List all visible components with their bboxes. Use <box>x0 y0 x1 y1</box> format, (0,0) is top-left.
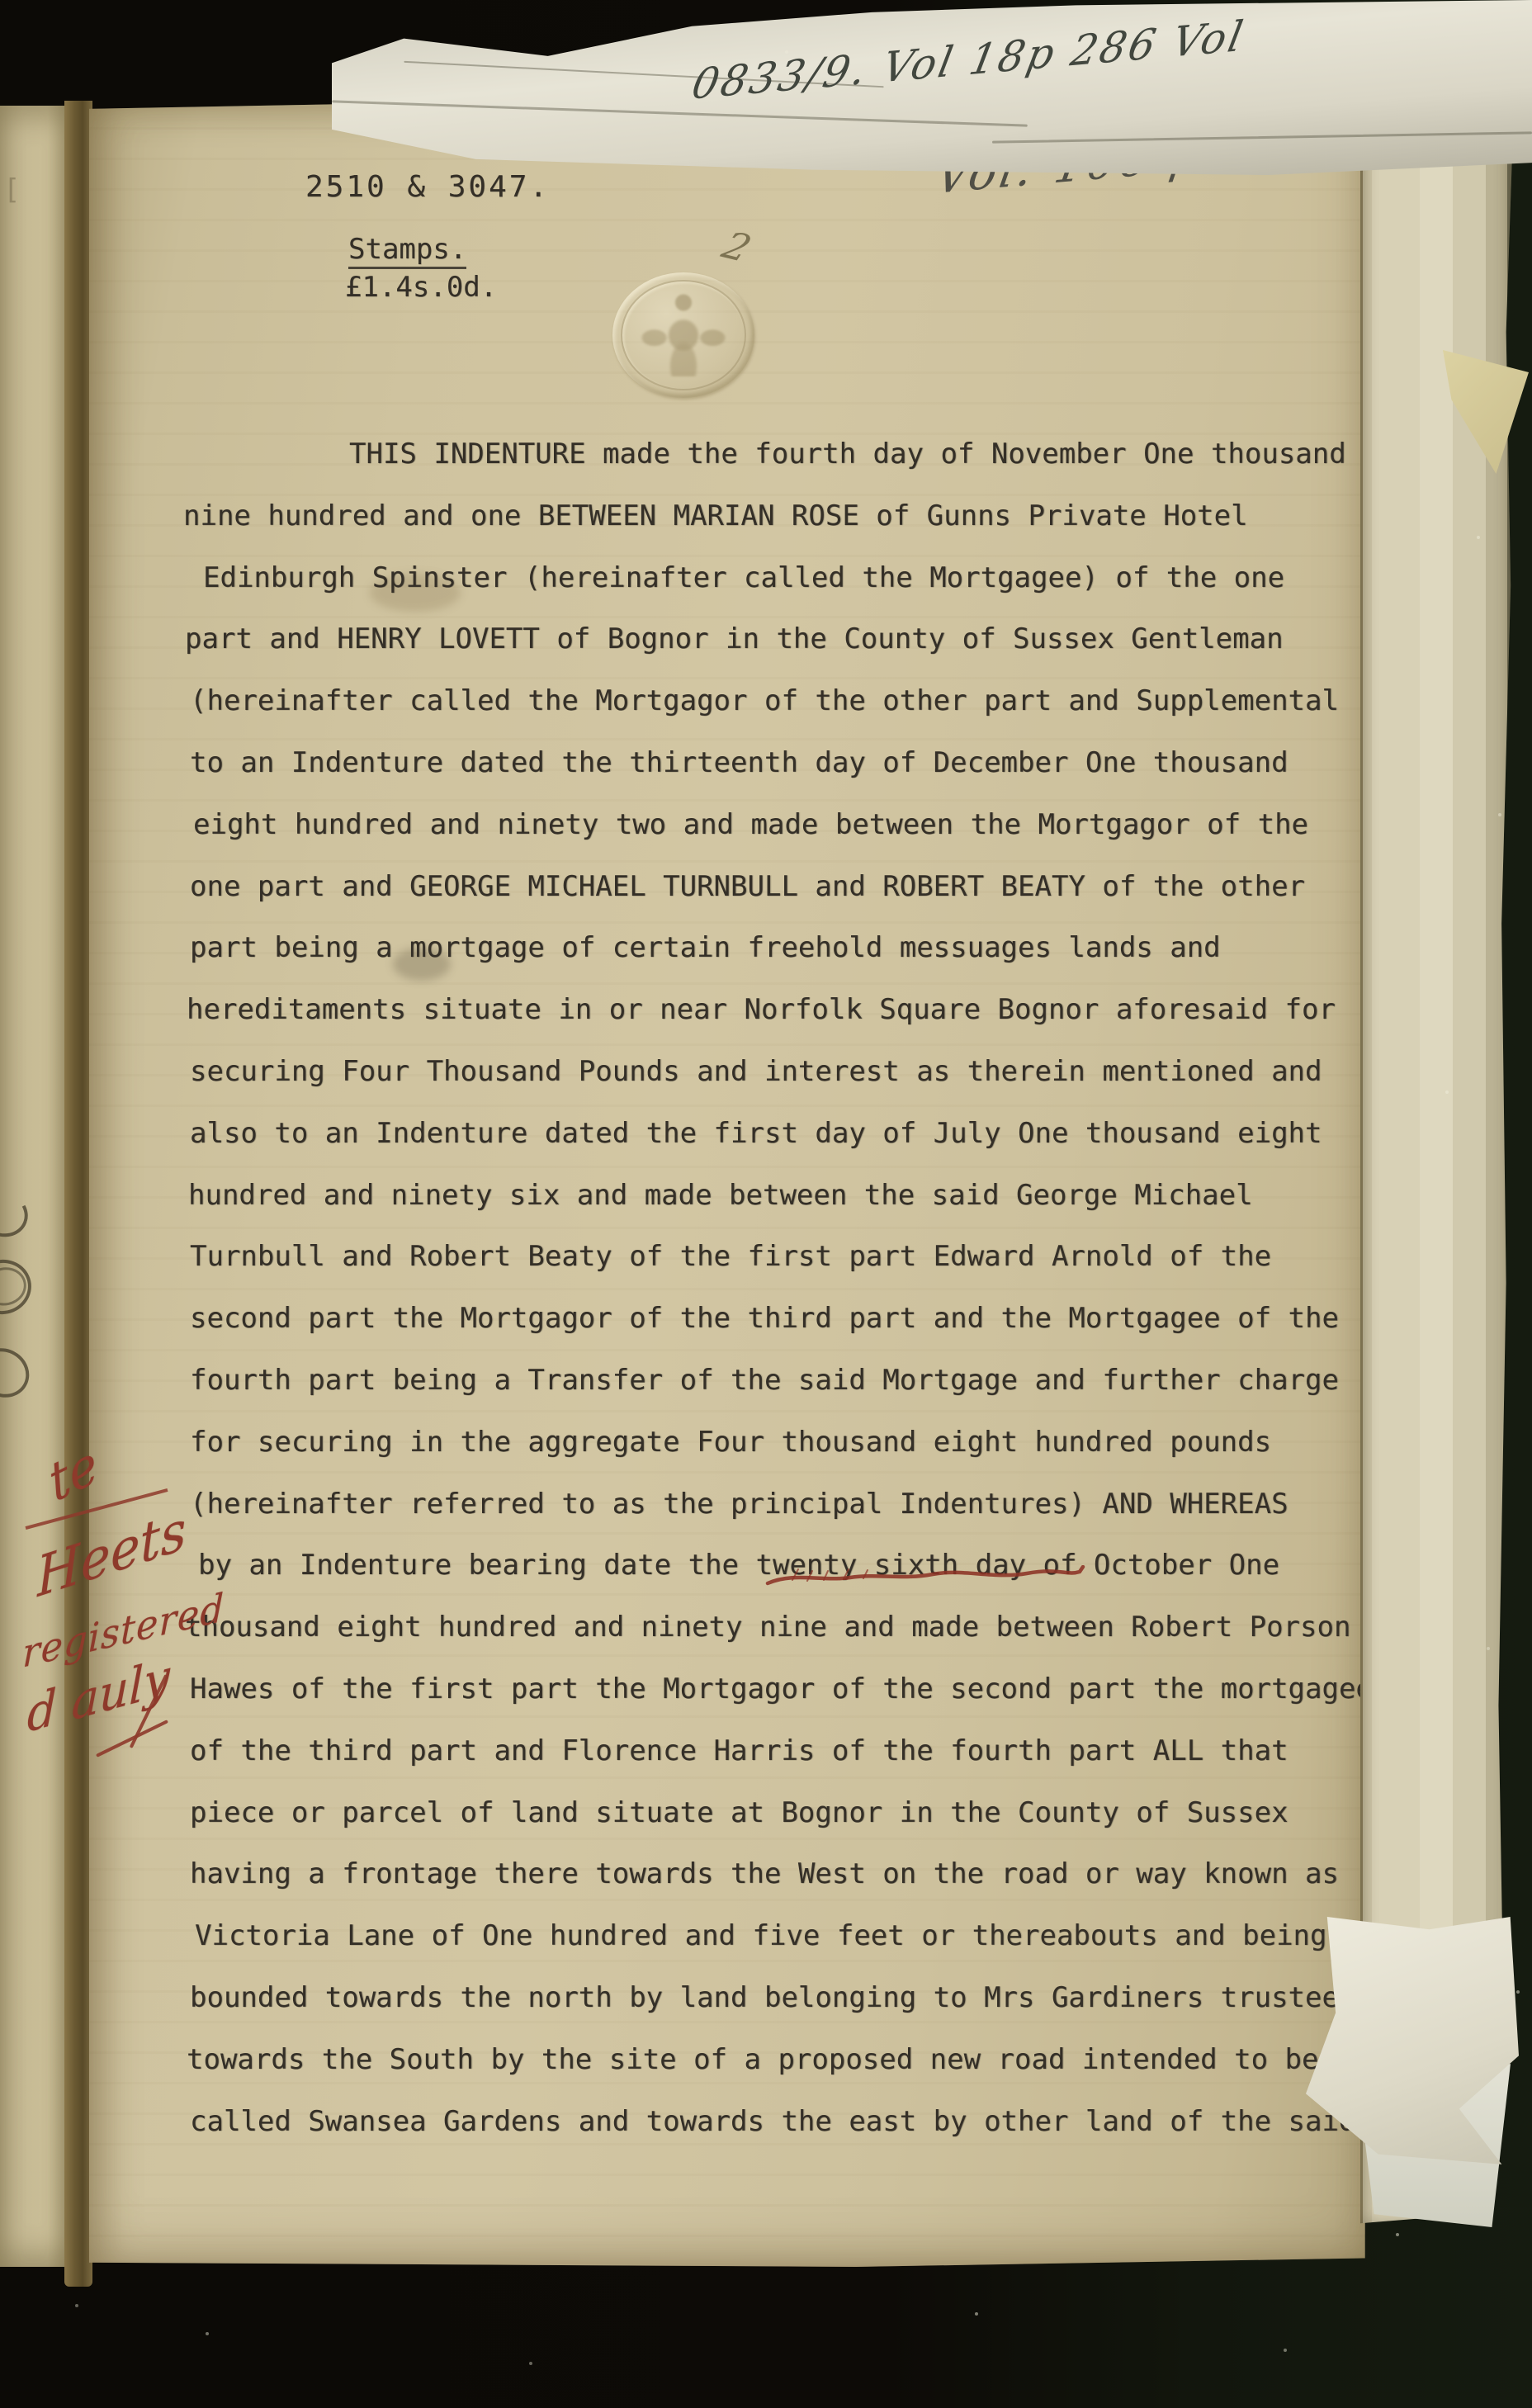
stamps-value: £1.4s.0d. <box>345 271 497 304</box>
pen-doodle-circle <box>0 1339 38 1407</box>
typed-line: of the third part and Florence Harris of… <box>190 1720 1395 1782</box>
typed-line: fourth part being a Transfer of the said… <box>190 1350 1395 1412</box>
typed-line: Edinburgh Spinster (hereinafter called t… <box>203 547 1395 609</box>
typed-line: (hereinafter referred to as the principa… <box>190 1474 1395 1535</box>
typed-line: one part and GEORGE MICHAEL TURNBULL and… <box>190 856 1395 918</box>
typed-line: towards the South by the site of a propo… <box>187 2029 1395 2091</box>
paper-crease <box>992 132 1532 144</box>
typed-line: thousand eight hundred and ninety nine a… <box>185 1597 1395 1658</box>
archival-reference-note: 0833/9. Vol 18p 286 Vol <box>688 12 1250 109</box>
stamps-label: Stamps. <box>348 233 466 269</box>
typed-line: THIS INDENTURE made the fourth day of No… <box>190 423 1395 485</box>
typed-line: second part the Mortgagor of the third p… <box>190 1288 1395 1350</box>
document-page: 2510 & 3047. Vol: 106 p 15 Stamps. £1.4s… <box>89 99 1367 2267</box>
typed-line: Victoria Lane of One hundred and five fe… <box>195 1905 1395 1967</box>
embossed-royal-arms-seal-icon <box>612 272 754 398</box>
typed-line: having a frontage there towards the West… <box>190 1843 1395 1905</box>
typed-body-text: THIS INDENTURE made the fourth day of No… <box>190 423 1395 2152</box>
typed-line: hundred and ninety six and made between … <box>188 1165 1395 1227</box>
typed-line: bounded towards the north by land belong… <box>190 1967 1395 2029</box>
typed-line: (hereinafter called the Mortgagor of the… <box>190 670 1395 732</box>
typed-line: securing Four Thousand Pounds and intere… <box>190 1041 1395 1103</box>
dust-specks <box>0 0 2 2</box>
pen-doodle-circle <box>0 1185 34 1243</box>
paper-crease <box>332 100 1028 126</box>
typed-line: part and HENRY LOVETT of Bognor in the C… <box>185 608 1395 670</box>
typed-line: hereditaments situate in or near Norfolk… <box>187 979 1395 1041</box>
typed-line: for securing in the aggregate Four thous… <box>190 1412 1395 1474</box>
document-numbers: 2510 & 3047. <box>305 170 550 204</box>
typed-line: piece or parcel of land situate at Bogno… <box>190 1782 1395 1844</box>
folded-reference-page: 0833/9. Vol 18p 286 Vol <box>332 0 1532 175</box>
binding-gutter <box>64 101 92 2287</box>
typed-line: part being a mortgage of certain freehol… <box>190 917 1395 979</box>
red-ink-underline <box>764 1565 1088 1590</box>
pen-doodle-circle <box>0 1254 36 1319</box>
typed-line: called Swansea Gardens and towards the e… <box>190 2091 1395 2153</box>
typed-line: eight hundred and ninety two and made be… <box>193 794 1395 856</box>
typed-line: Hawes of the first part the Mortgagor of… <box>190 1658 1395 1720</box>
scanned-indenture-photo: [ 2510 & 3047. Vol: 106 p 15 Stamps. £1.… <box>0 0 1532 2408</box>
typed-line: also to an Indenture dated the first day… <box>190 1103 1395 1165</box>
typed-line: nine hundred and one BETWEEN MARIAN ROSE… <box>183 485 1395 547</box>
ink-bleedthrough-mark: [ <box>3 173 20 206</box>
typed-line: Turnbull and Robert Beaty of the first p… <box>190 1226 1395 1288</box>
typed-line: to an Indenture dated the thirteenth day… <box>190 732 1395 794</box>
coat-of-arms-relief <box>641 291 726 376</box>
ink-squiggle: 2 <box>716 223 758 270</box>
previous-page-edge: [ <box>0 106 68 2267</box>
